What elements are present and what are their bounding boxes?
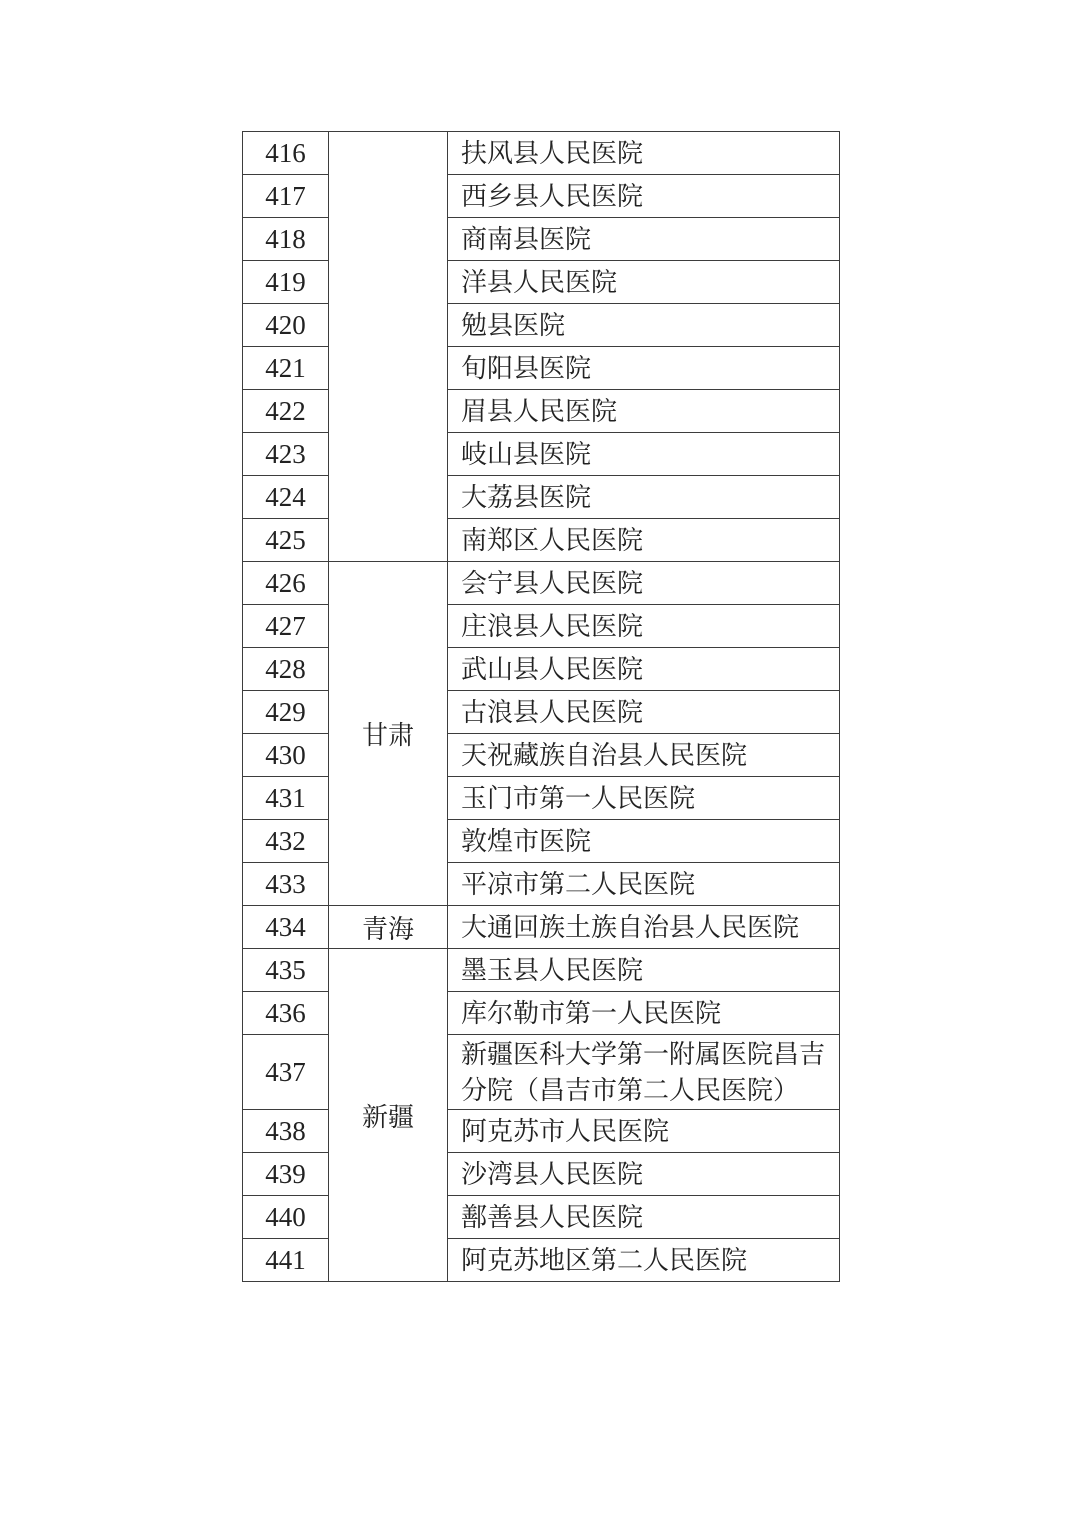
row-number: 423 xyxy=(243,433,329,476)
row-number: 433 xyxy=(243,863,329,906)
row-number: 435 xyxy=(243,949,329,992)
row-number: 418 xyxy=(243,218,329,261)
hospital-name: 武山县人民医院 xyxy=(448,648,840,691)
row-number: 431 xyxy=(243,777,329,820)
document-page: 416 扶风县人民医院 417 西乡县人民医院 418 商南县医院 419 洋县… xyxy=(0,0,1080,1527)
hospital-table: 416 扶风县人民医院 417 西乡县人民医院 418 商南县医院 419 洋县… xyxy=(242,131,840,1282)
province-cell-qinghai: 青海 xyxy=(329,906,448,949)
hospital-name: 鄯善县人民医院 xyxy=(448,1196,840,1239)
hospital-name: 古浪县人民医院 xyxy=(448,691,840,734)
row-number: 420 xyxy=(243,304,329,347)
hospital-name: 新疆医科大学第一附属医院昌吉分院（昌吉市第二人民医院） xyxy=(448,1035,840,1110)
row-number: 439 xyxy=(243,1153,329,1196)
hospital-name: 大荔县医院 xyxy=(448,476,840,519)
row-number: 424 xyxy=(243,476,329,519)
row-number: 421 xyxy=(243,347,329,390)
row-number: 432 xyxy=(243,820,329,863)
table-row: 426 甘肃 会宁县人民医院 xyxy=(243,562,840,605)
hospital-name: 扶风县人民医院 xyxy=(448,132,840,175)
hospital-name: 阿克苏地区第二人民医院 xyxy=(448,1239,840,1282)
hospital-name: 大通回族土族自治县人民医院 xyxy=(448,906,840,949)
hospital-name: 商南县医院 xyxy=(448,218,840,261)
row-number: 425 xyxy=(243,519,329,562)
province-cell-continued xyxy=(329,132,448,562)
hospital-name: 墨玉县人民医院 xyxy=(448,949,840,992)
hospital-name: 岐山县医院 xyxy=(448,433,840,476)
hospital-name: 沙湾县人民医院 xyxy=(448,1153,840,1196)
hospital-name: 会宁县人民医院 xyxy=(448,562,840,605)
hospital-name: 平凉市第二人民医院 xyxy=(448,863,840,906)
row-number: 419 xyxy=(243,261,329,304)
hospital-name: 阿克苏市人民医院 xyxy=(448,1110,840,1153)
row-number: 436 xyxy=(243,992,329,1035)
province-cell-xinjiang: 新疆 xyxy=(329,949,448,1282)
row-number: 441 xyxy=(243,1239,329,1282)
hospital-name: 眉县人民医院 xyxy=(448,390,840,433)
province-cell-gansu: 甘肃 xyxy=(329,562,448,906)
row-number: 427 xyxy=(243,605,329,648)
row-number: 426 xyxy=(243,562,329,605)
row-number: 434 xyxy=(243,906,329,949)
hospital-name: 旬阳县医院 xyxy=(448,347,840,390)
hospital-name: 敦煌市医院 xyxy=(448,820,840,863)
table-row: 434 青海 大通回族土族自治县人民医院 xyxy=(243,906,840,949)
row-number: 429 xyxy=(243,691,329,734)
row-number: 417 xyxy=(243,175,329,218)
hospital-name: 庄浪县人民医院 xyxy=(448,605,840,648)
hospital-name: 洋县人民医院 xyxy=(448,261,840,304)
table-row: 435 新疆 墨玉县人民医院 xyxy=(243,949,840,992)
hospital-name: 库尔勒市第一人民医院 xyxy=(448,992,840,1035)
row-number: 430 xyxy=(243,734,329,777)
hospital-name: 玉门市第一人民医院 xyxy=(448,777,840,820)
hospital-name: 西乡县人民医院 xyxy=(448,175,840,218)
table-row: 416 扶风县人民医院 xyxy=(243,132,840,175)
row-number: 416 xyxy=(243,132,329,175)
row-number: 437 xyxy=(243,1035,329,1110)
row-number: 422 xyxy=(243,390,329,433)
hospital-name: 天祝藏族自治县人民医院 xyxy=(448,734,840,777)
hospital-name: 南郑区人民医院 xyxy=(448,519,840,562)
row-number: 440 xyxy=(243,1196,329,1239)
row-number: 438 xyxy=(243,1110,329,1153)
hospital-name: 勉县医院 xyxy=(448,304,840,347)
row-number: 428 xyxy=(243,648,329,691)
